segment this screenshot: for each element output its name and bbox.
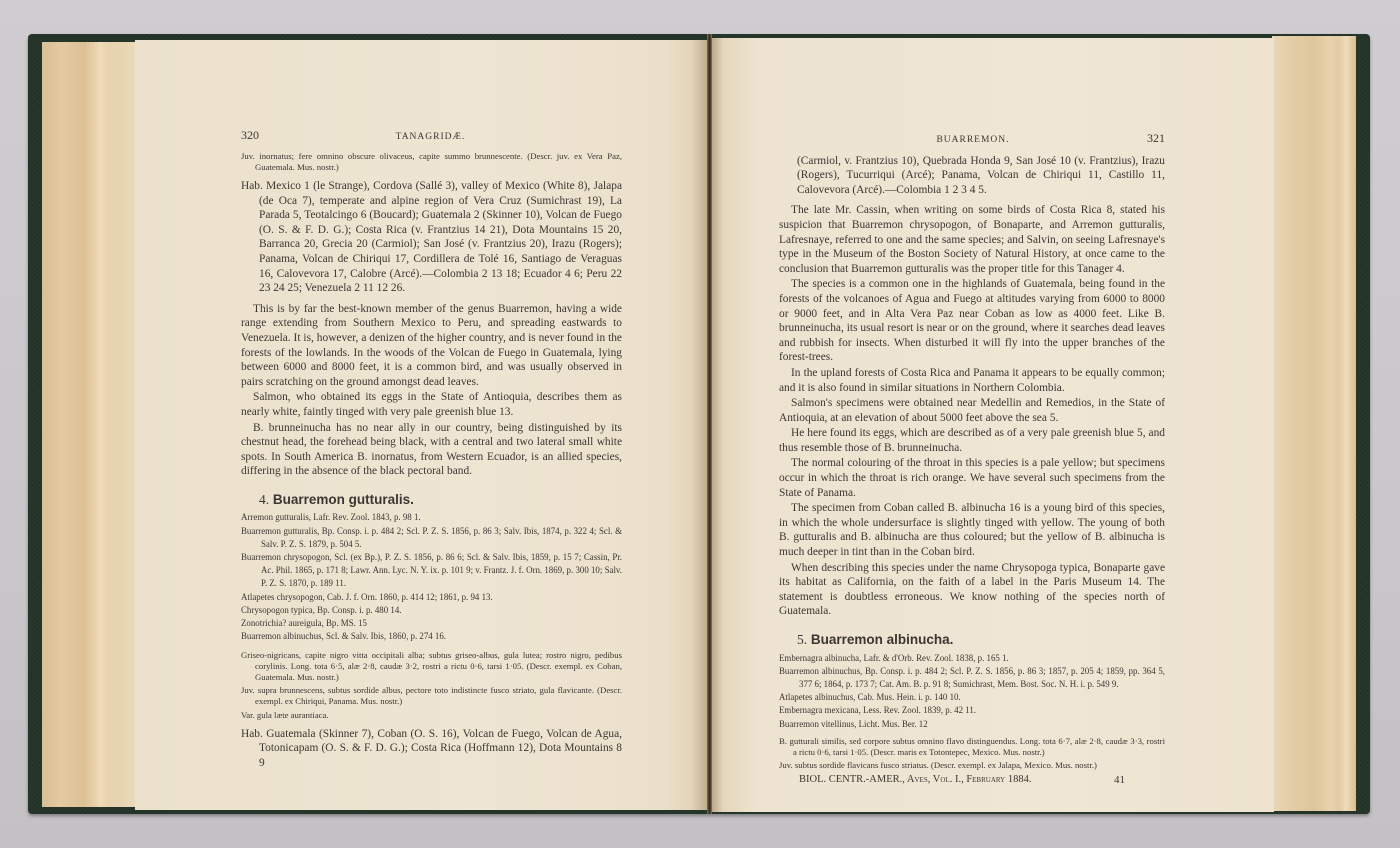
species-number: 4. bbox=[259, 492, 269, 507]
paragraph: The species is a common one in the highl… bbox=[779, 277, 1165, 365]
synonym: Embernagra mexicana, Less. Rev. Zool. 18… bbox=[779, 704, 1165, 717]
left-page-text: 320 TANAGRIDÆ. Juv. inornatus; fere omni… bbox=[241, 128, 622, 777]
synonym: Chrysopogon typica, Bp. Consp. i. p. 480… bbox=[241, 604, 622, 617]
footer-signature: BIOL. CENTR.-AMER., Aves, Vol. I., Febru… bbox=[799, 773, 1031, 788]
left-page: 320 TANAGRIDÆ. Juv. inornatus; fere omni… bbox=[135, 40, 709, 810]
species-number: 5. bbox=[797, 632, 807, 647]
page-block-edge-right bbox=[1272, 36, 1356, 811]
right-page-text: BUARREMON. 321 (Carmiol, v. Frantzius 10… bbox=[779, 131, 1165, 788]
page-number: 320 bbox=[241, 128, 259, 143]
species-heading: 4. Buarremon gutturalis. bbox=[259, 493, 622, 508]
synonym: Atlapetes albinuchus, Cab. Mus. Hein. i.… bbox=[779, 691, 1165, 704]
synonym: Zonotrichia? aureigula, Bp. MS. 15 bbox=[241, 617, 622, 630]
paragraph: Salmon's specimens were obtained near Me… bbox=[779, 396, 1165, 425]
species-name: Buarremon gutturalis. bbox=[273, 492, 414, 507]
juv-note: Juv. inornatus; fere omnino obscure oliv… bbox=[241, 151, 622, 173]
paragraph: In the upland forests of Costa Rica and … bbox=[779, 366, 1165, 395]
paragraph: This is by far the best-known member of … bbox=[241, 302, 622, 390]
running-header: BUARREMON. 321 bbox=[779, 131, 1165, 148]
page-block-edge-left bbox=[42, 42, 136, 807]
synonym: Buarremon vitellinus, Licht. Mus. Ber. 1… bbox=[779, 718, 1165, 731]
paragraph: B. brunneinucha has no near ally in our … bbox=[241, 421, 622, 479]
habitat: Hab. Mexico 1 (le Strange), Cordova (Sal… bbox=[241, 179, 622, 296]
species-heading: 5. Buarremon albinucha. bbox=[797, 633, 1165, 648]
page-footer: BIOL. CENTR.-AMER., Aves, Vol. I., Febru… bbox=[779, 773, 1165, 788]
synonym: Buarremon chrysopogon, Scl. (ex Bp.), P.… bbox=[241, 551, 622, 591]
paragraph: He here found its eggs, which are descri… bbox=[779, 426, 1165, 455]
running-head-title: TANAGRIDÆ. bbox=[396, 130, 466, 145]
synonym: Atlapetes chrysopogon, Cab. J. f. Orn. 1… bbox=[241, 591, 622, 604]
juv-description: Juv. subtus sordide flavicans fusco stri… bbox=[779, 760, 1165, 771]
book-gutter bbox=[707, 34, 712, 814]
paragraph: Salmon, who obtained its eggs in the Sta… bbox=[241, 390, 622, 419]
variety: Var. gula læte aurantiaca. bbox=[241, 710, 622, 721]
paragraph: The late Mr. Cassin, when writing on som… bbox=[779, 203, 1165, 276]
synonym: Buarremon albinuchus, Bp. Consp. i. p. 4… bbox=[779, 665, 1165, 691]
synonym: Buarremon gutturalis, Bp. Consp. i. p. 4… bbox=[241, 525, 622, 551]
paragraph: When describing this species under the n… bbox=[779, 561, 1165, 619]
species-name: Buarremon albinucha. bbox=[811, 632, 954, 647]
right-page: BUARREMON. 321 (Carmiol, v. Frantzius 10… bbox=[712, 38, 1274, 812]
running-head-title: BUARREMON. bbox=[936, 133, 1009, 148]
paragraph: The normal colouring of the throat in th… bbox=[779, 456, 1165, 500]
habitat: Hab. Guatemala (Skinner 7), Coban (O. S.… bbox=[241, 727, 622, 771]
synonym: Buarremon albinuchus, Scl. & Salv. Ibis,… bbox=[241, 630, 622, 643]
signature-number: 41 bbox=[1114, 773, 1125, 788]
page-number: 321 bbox=[1147, 131, 1165, 146]
synonym: Arremon gutturalis, Lafr. Rev. Zool. 184… bbox=[241, 511, 622, 524]
paragraph: The specimen from Coban called B. albinu… bbox=[779, 501, 1165, 559]
synonym: Embernagra albinucha, Lafr. & d'Orb. Rev… bbox=[779, 652, 1165, 665]
description: Griseo-nigricans, capite nigro vitta occ… bbox=[241, 650, 622, 684]
juv-description: Juv. supra brunnescens, subtus sordide a… bbox=[241, 685, 622, 707]
habitat-continued: (Carmiol, v. Frantzius 10), Quebrada Hon… bbox=[779, 154, 1165, 198]
description: B. gutturali similis, sed corpore subtus… bbox=[779, 736, 1165, 758]
running-header: 320 TANAGRIDÆ. bbox=[241, 128, 622, 145]
